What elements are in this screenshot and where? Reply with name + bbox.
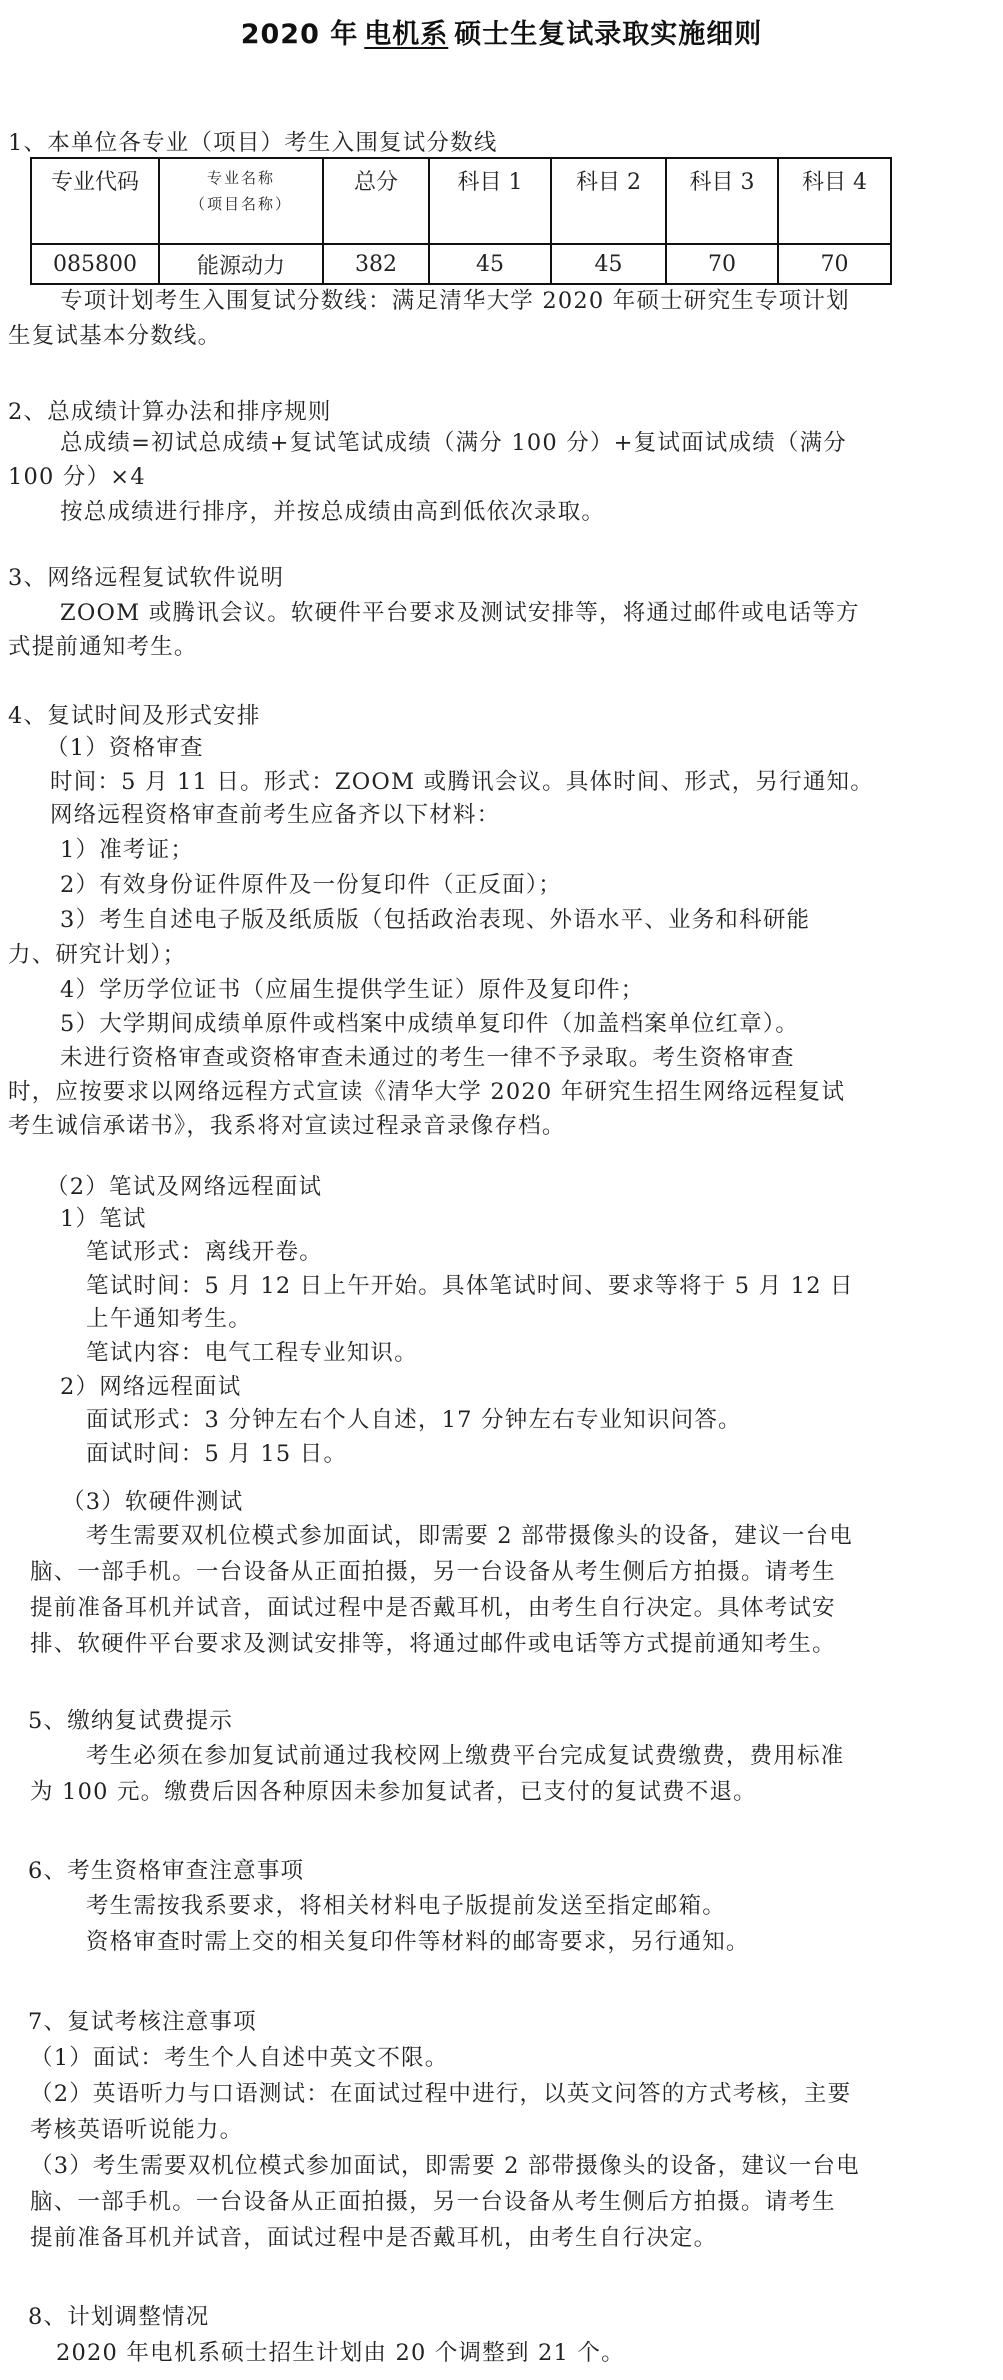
cell-subject1: 45 [429,244,551,284]
remote-interview-time: 面试时间：5 月 15 日。 [86,1439,347,1469]
cutoff-score-table: 专业代码 专业名称 （项目名称） 总分 科目 1 科目 2 科目 3 科目 4 … [30,157,892,285]
section2-heading: 2、总成绩计算办法和排序规则 [8,397,332,427]
written-test-time-line1: 笔试时间：5 月 12 日上午开始。具体笔试时间、要求等将于 5 月 12 日 [86,1271,854,1301]
cell-code: 085800 [31,244,159,284]
written-test-content: 笔试内容：电气工程专业知识。 [86,1338,418,1368]
remote-interview-heading: 2）网络远程面试 [60,1372,241,1402]
hardware-test-line1: 考生需要双机位模式参加面试，即需要 2 部带摄像头的设备，建议一台电 [86,1521,853,1551]
section7-item2-line2: 考核英语听说能力。 [30,2115,243,2145]
hardware-test-heading: （3）软硬件测试 [62,1487,243,1517]
section7-item3-line2: 脑、一部手机。一台设备从正面拍摄，另一台设备从考生侧后方拍摄。请考生 [30,2187,836,2217]
title-prefix: 2020 年 [241,19,359,50]
section5-line2: 为 100 元。缴费后因各种原因未参加复试者，已支付的复试费不退。 [30,1777,757,1807]
hardware-test-line3: 提前准备耳机并试音，面试过程中是否戴耳机，由考生自行决定。具体考试安 [30,1593,836,1623]
material-item-4: 4）学历学位证书（应届生提供学生证）原件及复印件； [60,975,644,1005]
section5-line1: 考生必须在参加复试前通过我校网上缴费平台完成复试费缴费，费用标准 [86,1741,844,1771]
section3-heading: 3、网络远程复试软件说明 [8,563,284,593]
qualification-note-line2: 时，应按要求以网络远程方式宣读《清华大学 2020 年研究生招生网络远程复试 [8,1077,845,1107]
section7-heading: 7、复试考核注意事项 [28,2007,257,2037]
section2-line1: 总成绩=初试总成绩+复试笔试成绩（满分 100 分）+复试面试成绩（满分 [60,428,847,458]
section6-line2: 资格审查时需上交的相关复印件等材料的邮寄要求，另行通知。 [86,1927,750,1957]
section3-line2: 式提前通知考生。 [8,632,198,662]
written-test-heading: 1）笔试 [60,1204,147,1234]
header-code: 专业代码 [31,158,159,244]
written-interview-heading: （2）笔试及网络远程面试 [46,1172,322,1202]
written-test-time-line2: 上午通知考生。 [86,1304,252,1334]
title-suffix: 硕士生复试录取实施细则 [454,19,762,50]
section4-heading: 4、复试时间及形式安排 [8,701,261,731]
material-item-2: 2）有效身份证件原件及一份复印件（正反面）； [60,870,562,900]
header-subject2: 科目 2 [551,158,666,244]
materials-intro: 网络远程资格审查前考生应备齐以下材料： [50,800,500,830]
header-name: 专业名称 （项目名称） [159,158,323,244]
header-subject4: 科目 4 [778,158,891,244]
material-item-3-cont: 力、研究计划）； [8,940,186,970]
hardware-test-line4: 排、软硬件平台要求及测试安排等，将通过邮件或电话等方式提前通知考生。 [30,1629,836,1659]
remote-interview-form: 面试形式：3 分钟左右个人自述，17 分钟左右专业知识问答。 [86,1405,742,1435]
section3-line1: ZOOM 或腾讯会议。软硬件平台要求及测试安排等，将通过邮件或电话等方 [60,598,860,628]
section7-item2-line1: （2）英语听力与口语测试：在面试过程中进行，以英文问答的方式考核，主要 [30,2079,851,2109]
header-subject1: 科目 1 [429,158,551,244]
material-item-1: 1）准考证； [60,835,194,865]
document-title: 2020 年电机系硕士生复试录取实施细则 [0,12,1003,51]
section7-item3-line1: （3）考生需要双机位模式参加面试，即需要 2 部带摄像头的设备，建议一台电 [30,2151,860,2181]
section7-item1: （1）面试：考生个人自述中英文不限。 [30,2043,448,2073]
section2-line3: 按总成绩进行排序，并按总成绩由高到低依次录取。 [60,497,605,527]
header-total: 总分 [323,158,429,244]
qualification-note-line1: 未进行资格审查或资格审查未通过的考生一律不予录取。考生资格审查 [60,1043,795,1073]
header-name-line2: （项目名称） [160,191,322,217]
section5-heading: 5、缴纳复试费提示 [28,1706,233,1736]
section1-heading: 1、本单位各专业（项目）考生入围复试分数线 [8,128,498,158]
table-header-row: 专业代码 专业名称 （项目名称） 总分 科目 1 科目 2 科目 3 科目 4 [31,158,891,244]
header-name-line1: 专业名称 [160,165,322,191]
section6-line1: 考生需按我系要求，将相关材料电子版提前发送至指定邮箱。 [86,1891,726,1921]
section8-heading: 8、计划调整情况 [28,2302,209,2332]
table-row: 085800 能源动力 382 45 45 70 70 [31,244,891,284]
hardware-test-line2: 脑、一部手机。一台设备从正面拍摄，另一台设备从考生侧后方拍摄。请考生 [30,1557,836,1587]
special-plan-note-line1: 专项计划考生入围复试分数线：满足清华大学 2020 年硕士研究生专项计划 [60,286,850,316]
qualification-review-heading: （1）资格审查 [46,733,204,763]
cell-total: 382 [323,244,429,284]
section7-item3-line3: 提前准备耳机并试音，面试过程中是否戴耳机，由考生自行决定。 [30,2223,717,2253]
section8-line1: 2020 年电机系硕士招生计划由 20 个调整到 21 个。 [56,2338,625,2368]
cell-subject2: 45 [551,244,666,284]
title-department: 电机系 [358,19,454,50]
cell-name: 能源动力 [159,244,323,284]
header-subject3: 科目 3 [666,158,778,244]
cell-subject3: 70 [666,244,778,284]
qualification-note-line3: 考生诚信承诺书》，我系将对宣读过程录音录像存档。 [8,1111,566,1141]
section2-line2: 100 分）×4 [8,462,146,492]
section6-heading: 6、考生资格审查注意事项 [28,1856,304,1886]
material-item-5: 5）大学期间成绩单原件或档案中成绩单复印件（加盖档案单位红章）。 [60,1009,799,1039]
special-plan-note-line2: 生复试基本分数线。 [8,321,221,351]
material-item-3: 3）考生自述电子版及纸质版（包括政治表现、外语水平、业务和科研能 [60,905,810,935]
written-test-form: 笔试形式：离线开卷。 [86,1237,323,1267]
cell-subject4: 70 [778,244,891,284]
qualification-review-time: 时间：5 月 11 日。形式：ZOOM 或腾讯会议。具体时间、形式，另行通知。 [50,767,874,797]
